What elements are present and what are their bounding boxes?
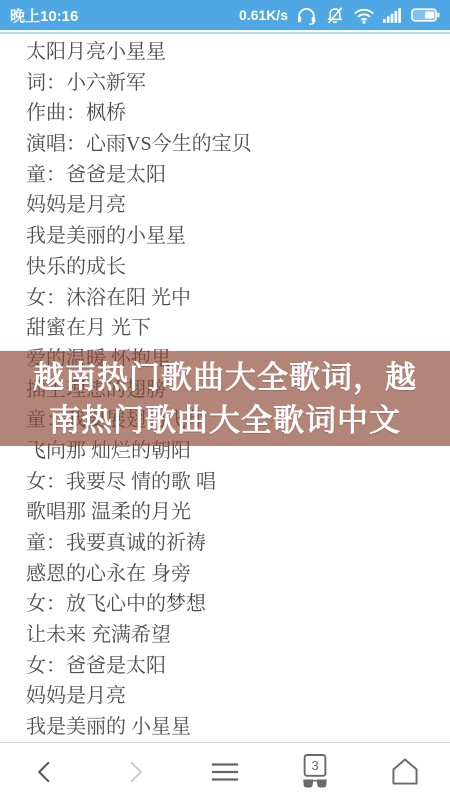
lyric-line: 我是美丽的小星星 [26,221,440,252]
lyric-line: 歌唱那 温柔的月光 [26,497,440,528]
lyrics-page: 太阳月亮小星星词：小六新军作曲：枫桥演唱：心雨VS今生的宝贝童：爸爸是太阳妈妈是… [0,34,450,742]
overlay-title-line1: 越南热门歌曲大全歌词，越 [0,356,450,399]
signal-strength-icon [383,8,403,23]
lyric-line: 女：放飞心中的梦想 [26,589,440,620]
chevron-left-icon [30,756,60,788]
status-icons: 0.61K/s [239,6,440,25]
lyric-line: 妈妈是月亮 [26,190,440,221]
lyric-line: 词：小六新军 [26,68,440,99]
status-bar: 晚上10:16 0.61K/s [0,0,450,30]
lyric-line: 让未来 充满希望 [26,620,440,651]
menu-button[interactable] [180,743,270,800]
tab-count-badge: 3 [311,758,318,773]
forward-button[interactable] [90,743,180,800]
lyric-line: 我是美丽的 小星星 [26,712,440,742]
lyric-line: 妈妈是月亮 [26,681,440,712]
wifi-icon [353,7,375,24]
overlay-title-line2: 南热门歌曲大全歌词中文 [0,399,450,442]
net-speed: 0.61K/s [239,7,288,23]
lyric-line: 童：我要真诚的祈祷 [26,528,440,559]
tabs-button[interactable]: 3 [270,743,360,800]
lyric-line: 快乐的成长 [26,252,440,283]
phone-screen: 晚上10:16 0.61K/s [0,0,450,800]
chevron-right-icon [120,756,150,788]
lyric-line: 演唱：心雨VS今生的宝贝 [26,129,440,160]
lyric-line: 女：爸爸是太阳 [26,651,440,682]
lyric-line: 女：沐浴在阳 光中 [26,283,440,314]
home-icon [389,756,421,788]
back-button[interactable] [0,743,90,800]
lyric-line: 甜蜜在月 光下 [26,313,440,344]
hamburger-menu-icon [210,761,240,783]
lyric-line: 太阳月亮小星星 [26,37,440,68]
battery-icon [411,7,440,23]
headset-icon [296,6,317,25]
lyric-line: 童：爸爸是太阳 [26,160,440,191]
lyric-line: 女：我要尽 情的歌 唱 [26,467,440,498]
lyric-line: 感恩的心永在 身旁 [26,559,440,590]
lyric-line: 作曲：枫桥 [26,98,440,129]
mute-bell-icon [325,6,345,25]
browser-nav-bar: 3 [0,742,450,800]
tabs-window-icon: 3 [298,753,332,791]
home-button[interactable] [360,743,450,800]
title-overlay-banner: 越南热门歌曲大全歌词，越 南热门歌曲大全歌词中文 [0,351,450,446]
status-time: 晚上10:16 [10,5,78,26]
